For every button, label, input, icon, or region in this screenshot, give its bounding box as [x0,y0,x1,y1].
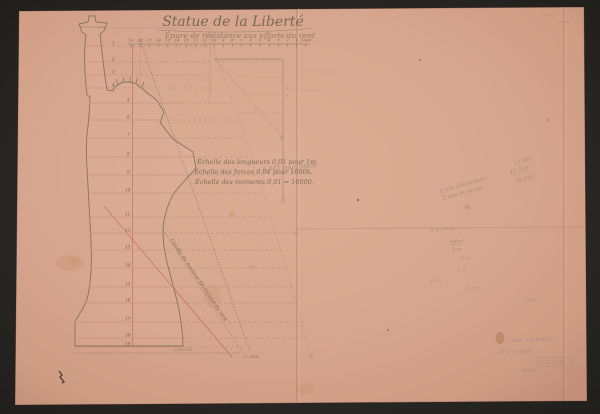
section-number: 13 [125,245,131,250]
ruler-label: 5 [259,38,262,43]
ruler-label: 15 [165,38,171,43]
ruler-label: 14 [175,38,181,43]
scale-line-3: Échelle des moments 0,01 = 10000. [194,177,314,186]
section-number: 16 [125,298,131,303]
scale-legend: Échelle des longueurs 0,01 pour 1m. Éche… [193,157,318,186]
ruler-label: 7 [240,38,243,43]
pencil-note: 0,92 0,98 [540,359,564,366]
sheet-title: Statue de la Liberté [162,14,304,30]
pencil-note: 9 [286,94,288,98]
section-number: 12 [125,228,131,233]
drawing-sheet-svg: Statue de la Liberté Épure de résistance… [0,0,600,414]
ruler-label: 19 [128,38,134,43]
ruler-label: 13 [184,38,190,43]
ruler-label: 11 [202,38,207,43]
ruler-label: 3 [277,38,280,43]
ruler-label: 17 [147,38,153,43]
pencil-note: 6mm³ [450,238,465,245]
ruler-label: 1000 [301,38,312,43]
pencil-note: 4.5 [249,265,256,269]
section-number: 15 [125,282,131,287]
pencil-note: 2.2 m³ [465,285,481,292]
section-number: 14 [125,263,131,268]
ruler-label: 16 [156,38,162,43]
pencil-note: 14 ⅞ [430,278,443,285]
section-number: 19 [125,342,131,347]
pencil-note: d² = 193⁄100 [500,349,534,356]
pencil-note: 5.076 [524,297,537,304]
section-number: 9 [127,170,130,175]
section-number: 6 [127,115,130,120]
section-number: 1 [112,41,115,46]
section-number: 8 [127,152,130,157]
section-number: 2 [111,57,115,62]
ruler-label: 1 [296,38,299,43]
section-number: 17 [125,317,131,322]
total-value: 12.080k [243,354,260,359]
section-number: 18 [125,333,131,338]
pencil-note: 95⁄2m [522,368,536,374]
ruler-label: 2 [285,38,289,43]
pencil-note: 1 ½ [458,266,467,273]
pencil-note: 8 m [452,247,462,253]
pencil-note: 4 [285,86,288,90]
ruler-label: 9 [222,38,225,43]
pencil-note: p³ 4. [460,256,471,262]
ruler-label: 12 [193,38,199,43]
section-number: 7 [127,133,130,138]
section-number: 5 [127,98,130,103]
section-number: 4 [111,83,115,88]
ruler-label: 4 [267,38,271,43]
ruler-label: 8 [231,38,234,43]
photo-of-drawing: Statue de la Liberté Épure de résistance… [0,0,600,414]
section-number: 11 [125,212,130,217]
title-block: Statue de la Liberté Épure de résistance… [158,14,316,40]
section-number: 10 [125,188,131,193]
base-value: 2.500.000 [172,347,193,352]
section-number: 3 [112,70,115,75]
ruler-label: 10 [211,38,217,43]
ruler-label: 6 [249,38,252,43]
